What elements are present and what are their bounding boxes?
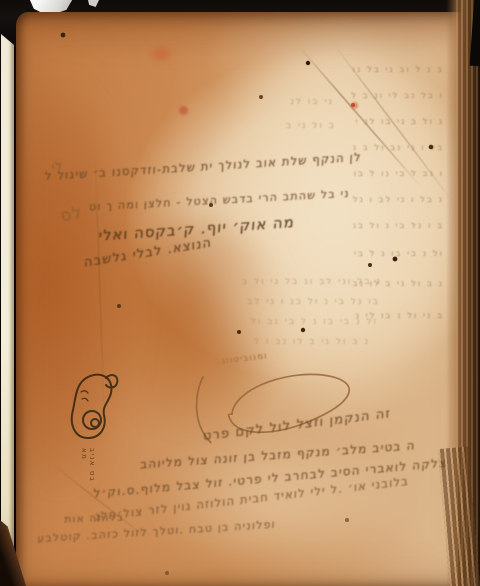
white-paper-scrap-small: [88, 0, 99, 7]
ghost-text-line: בו נל בי נ ול בנ ו ני לב: [142, 298, 380, 307]
top-edge-stain: [16, 12, 474, 55]
ink-doodle-seal: [66, 368, 124, 458]
handwritten-line: בלותה אות: [34, 512, 124, 526]
manuscript-photo: לי לס לן הנקף שלת אוב לנולך ית שלבת-וזדק…: [0, 0, 480, 586]
ghost-text-line: נ ול ב ני בו לנ י: [306, 118, 444, 127]
ghost-text-line: ב נ ל וב ני בל נו: [308, 66, 444, 75]
red-ink-smudge: [148, 44, 174, 64]
facing-page-edge: [1, 34, 14, 586]
ghost-text-line: ול נ בי בו נ ל בי: [308, 250, 444, 259]
manuscript-page: לי לס לן הנקף שלת אוב לנולך ית שלבת-וזדק…: [16, 12, 474, 586]
ink-specks: [16, 12, 18, 14]
ghost-text-line: נ בל וני לב ונ בל ני ול ב: [132, 278, 382, 287]
ghost-text-line: ול נ בי בו נ ל בי נב ול: [152, 318, 378, 327]
ghost-text-line: ב ו נל בי נ ול בנ: [312, 222, 444, 231]
ghost-text-line: בל ו ני נב ול ב נ: [310, 144, 444, 153]
ghost-text-line: ו בל נב לי ונ ב ל: [312, 92, 444, 101]
red-ink-dot: [179, 106, 188, 115]
ghost-text-line: נ בל ו ני לב ו נל: [308, 196, 444, 205]
ghost-text-line: ו נב ל בי נו ל בו: [314, 170, 444, 179]
ghost-text-line: נ ב ול ני ב לו נב ו ל: [162, 338, 370, 347]
red-ink-dot: [351, 102, 358, 109]
